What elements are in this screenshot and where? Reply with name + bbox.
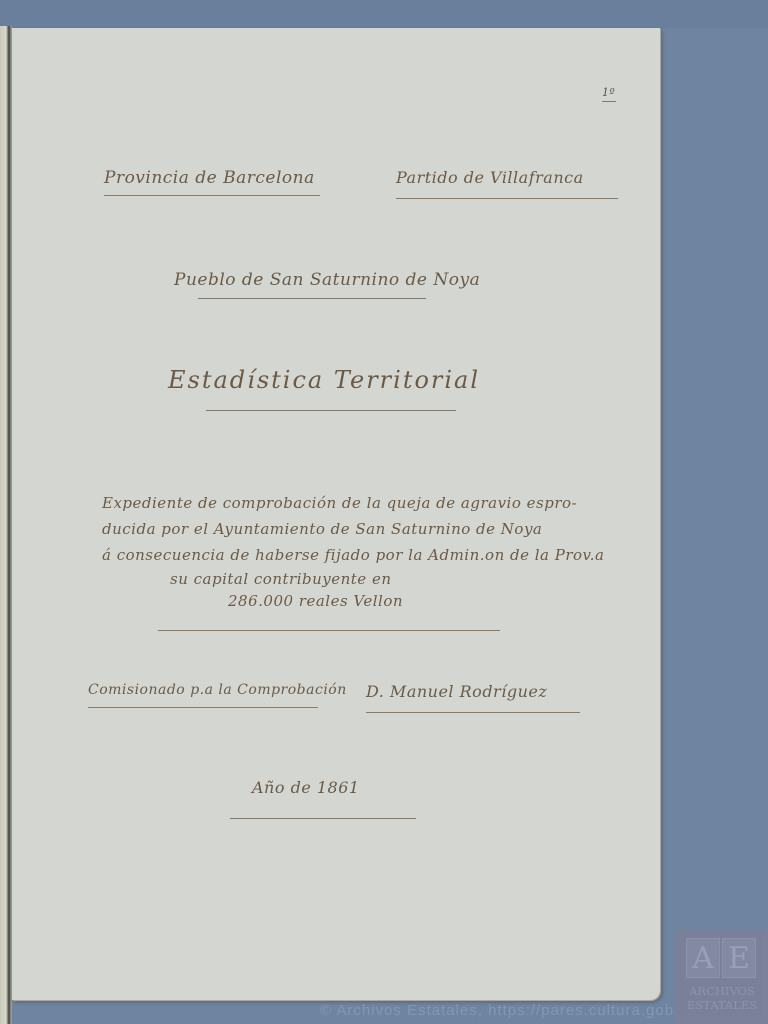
logo-letter-a: A (686, 938, 720, 978)
year-underline (230, 818, 416, 819)
scan-background-top (0, 0, 768, 28)
body-line-amount: 286.000 reales Vellon (228, 592, 403, 610)
folio-underline (602, 101, 616, 102)
body-line-3: á consecuencia de haberse fijado por la … (102, 546, 604, 564)
book-binding-edge (0, 26, 12, 1024)
logo-mark-icon: A E (686, 938, 756, 978)
logo-text: ARCHIVOS ESTATALES (680, 984, 764, 1012)
title-underline (206, 410, 456, 411)
document-page: 1º Provincia de Barcelona Partido de Vil… (12, 28, 660, 1000)
header-province-underline (104, 195, 320, 196)
logo-letter-e: E (722, 938, 756, 978)
body-line-1: Expediente de comprobación de la queja d… (102, 494, 577, 512)
body-line-2: ducida por el Ayuntamiento de San Saturn… (102, 520, 542, 538)
commissioner-name: D. Manuel Rodríguez (366, 682, 547, 701)
header-district: Partido de Villafranca (396, 168, 584, 187)
year-line: Año de 1861 (252, 778, 360, 797)
town-line: Pueblo de San Saturnino de Noya (174, 270, 480, 290)
copyright-watermark: © Archivos Estatales, https://pares.cult… (320, 1002, 697, 1019)
commissioner-label: Comisionado p.a la Comprobación (88, 682, 347, 698)
commissioner-label-underline (88, 707, 318, 708)
folio-number: 1º (602, 86, 615, 99)
archivos-estatales-logo: A E ARCHIVOS ESTATALES (676, 930, 768, 1024)
header-district-underline (396, 198, 618, 199)
body-line-4: su capital contribuyente en (170, 570, 391, 588)
logo-text-line-2: ESTATALES (680, 998, 764, 1012)
body-separator (158, 630, 500, 631)
town-underline (198, 298, 426, 299)
logo-text-line-1: ARCHIVOS (680, 984, 764, 998)
document-title: Estadística Territorial (168, 366, 480, 394)
commissioner-name-underline (366, 712, 580, 713)
header-province: Provincia de Barcelona (104, 168, 315, 188)
